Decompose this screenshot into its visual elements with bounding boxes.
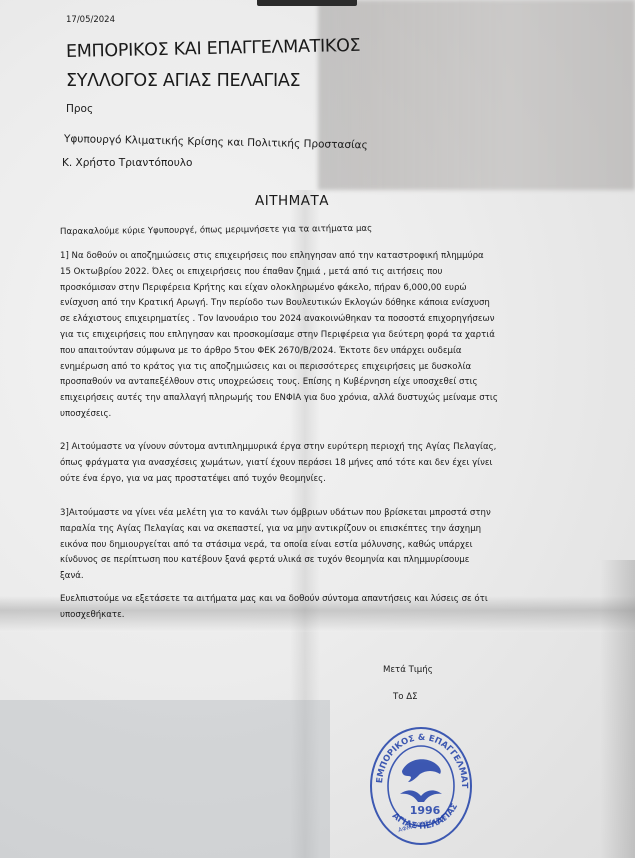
signoff: Μετά Τιμής: [383, 665, 433, 675]
text-line: Ευελπιστούμε να εξετάσετε τα αιτήματα μα…: [60, 592, 570, 608]
stamp-year: 1996: [410, 804, 441, 817]
signatory: Το ΔΣ: [393, 692, 418, 702]
text-line: επιχειρήσεις αυτές την απαλλαγή πληρωμής…: [60, 391, 570, 407]
closing-paragraph: Ευελπιστούμε να εξετάσετε τα αιτήματα μα…: [60, 592, 570, 624]
paper-fold-shadow: [318, 0, 635, 190]
request-1: 1] Να δοθούν οι αποζημιώσεις στις επιχει…: [60, 249, 570, 423]
text-line: για τις επιχειρήσεις που επληγησαν και π…: [60, 328, 570, 344]
text-line: κίνδυνος σε περίπτωση που κατέβουν ξανά …: [60, 553, 570, 569]
text-line: 2] Αιτούμαστε να γίνουν σύντομα αντιπλημ…: [60, 440, 570, 456]
text-line: 15 Οκτωβρίου 2022. Όλες οι επιχειρήσεις …: [60, 265, 570, 281]
to-label: Προς: [66, 103, 93, 115]
text-line: εικόνα που δημιουργείται από τα στάσιμα …: [60, 538, 570, 554]
text-line: υποσχέσεις.: [60, 407, 570, 423]
letter-heading: ΑΙΤΗΜΑΤΑ: [255, 193, 329, 209]
dolphin-icon: [400, 759, 442, 802]
text-line: που απαιτούνταν σύμφωνα με το άρθρο 5του…: [60, 344, 570, 360]
paper-shadow-bottom: [0, 700, 330, 858]
organization-line-1: ΕΜΠΟΡΙΚΟΣ ΚΑΙ ΕΠΑΓΓΕΛΜΑΤΙΚΟΣ: [66, 32, 361, 67]
text-line: 1] Να δοθούν οι αποζημιώσεις στις επιχει…: [60, 249, 570, 265]
text-line: προσπαθούν να ανταπεξέλθουν στις υποχρεώ…: [60, 375, 570, 391]
stamp-seal: ΕΜΠΟΡΙΚΟΣ & ΕΠΑΓΓΕΛΜΑΤΙΚΟΣ ΣΥΛΛΟΓΟΣ ΑΓΙΑ…: [368, 716, 474, 848]
organization-name: ΕΜΠΟΡΙΚΟΣ ΚΑΙ ΕΠΑΓΓΕΛΜΑΤΙΚΟΣ ΣΥΛΛΟΓΟΣ ΑΓ…: [66, 38, 360, 96]
paper-edge-shadow: [600, 560, 635, 858]
letter-date: 17/05/2024: [66, 15, 115, 25]
text-line: σε ελάχιστους επιχειρηματίες . Τον Ιανου…: [60, 312, 570, 328]
text-line: ούτε ένα έργο, για να μας προστατέψει απ…: [60, 472, 570, 488]
text-line: όπως φράγματα για ανασχέσεις χωμάτων, γι…: [60, 456, 570, 472]
text-line: παραλία της Αγίας Πελαγίας και να σκεπασ…: [60, 522, 570, 538]
organization-line-2: ΣΥΛΛΟΓΟΣ ΑΓΙΑΣ ΠΕΛΑΓΙΑΣ: [66, 67, 360, 96]
organization-stamp: ΕΜΠΟΡΙΚΟΣ & ΕΠΑΓΓΕΛΜΑΤΙΚΟΣ ΣΥΛΛΟΓΟΣ ΑΓΙΑ…: [368, 716, 474, 848]
camera-notch-bar: [257, 0, 357, 6]
text-line: προσκόμισαν στην Περιφέρεια Κρήτης και ε…: [60, 281, 570, 297]
recipient-name: Κ. Χρήστο Τριαντόπουλο: [62, 157, 192, 169]
text-line: 3]Αιτούμαστε να γίνει νέα μελέτη για το …: [60, 506, 570, 522]
text-line: ενίσχυση από την Κρατική Αρωγή. Την περί…: [60, 296, 570, 312]
text-line: ξανά.: [60, 569, 570, 585]
request-2: 2] Αιτούμαστε να γίνουν σύντομα αντιπλημ…: [60, 440, 570, 487]
request-3: 3]Αιτούμαστε να γίνει νέα μελέτη για το …: [60, 506, 570, 585]
text-line: υποσχεθήκατε.: [60, 608, 570, 624]
text-line: ενημέρωση από το κράτος για τις αποζημιώ…: [60, 360, 570, 376]
